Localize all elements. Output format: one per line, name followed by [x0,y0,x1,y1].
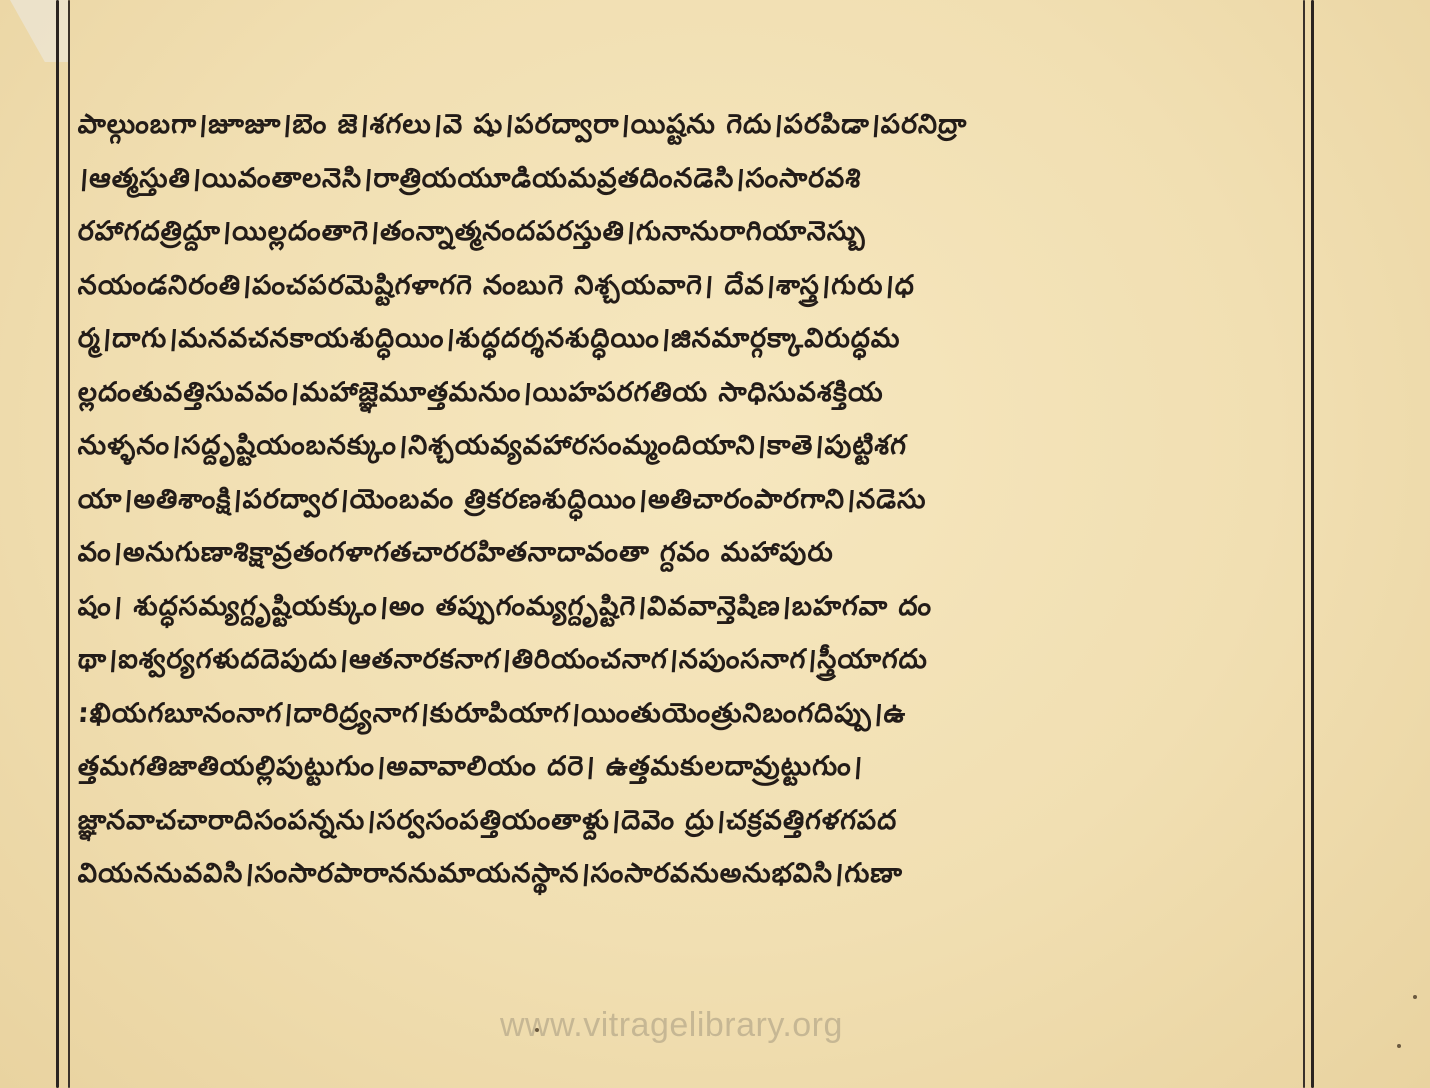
manuscript-line: రహాగదత్రిద్దూ।యిల్లదంతాగె।తంన్నాత్మనందపర… [76,205,1308,259]
library-watermark: www.vitragelibrary.org [500,1006,843,1045]
left-margin-rule-inner [68,0,70,1088]
manuscript-line: జ్ఞానవాచచారాదిసంపన్నను।సర్వసంపత్తియంతాళ్… [76,794,1308,848]
manuscript-line: నయండనిరంతి।పంచపరమెష్టిగళాగగె నంబుగె నిశ్… [76,259,1308,313]
manuscript-line: వియననువవిసి।సంసారపారాననుమాయనస్థాన।సంసారవ… [76,847,1308,901]
manuscript-line: ।ఆత్మస్తుతి।యివంతాలనెసి।రాత్రియయూడియమవ్ర… [76,152,1308,206]
right-margin-rule-outer [1311,0,1314,1088]
left-margin-rule-outer [56,0,59,1088]
manuscript-line: వం।అనుగుణాశిక్షావ్రతంగళాగతచారరహితనాదావంత… [76,526,1308,580]
manuscript-line: ల్లదంతువత్తిసువవం।మహాజ్ఞెమూత్తమనుం।యిహపర… [76,366,1308,420]
manuscript-line: షం। శుద్ధసమ్యగ్దృష్టియక్కుం।అం తప్పుగంమ్… [76,580,1308,634]
manuscript-line: యా।అతిశాంక్షి।పరద్వార।యెంబవం త్రికరణశుద్… [76,473,1308,527]
manuscript-line: ర్మ।దాగు।మనవచనకాయశుద్ధియిం।శుద్ధదర్శనశుద… [76,312,1308,366]
manuscript-line: త్తమగతిజాతియల్లిపుట్టుగుం।అవావాలియం దరె।… [76,740,1308,794]
manuscript-line: పాల్గుంబగా।జూజూ।బెం జె।శగలు।వె షు।పరద్వా… [76,98,1308,152]
paper-speck [1397,1044,1401,1048]
paper-speck [1413,995,1417,999]
paper-speck [535,1028,539,1032]
manuscript-line: :ఖియగబూనంనాగ।దారిద్ర్యనాగ।కురూపియాగ।యింత… [76,687,1308,741]
manuscript-text: పాల్గుంబగా।జూజూ।బెం జె।శగలు।వె షు।పరద్వా… [78,98,1306,901]
paper-tab-strip [10,0,68,62]
manuscript-line: నుళ్ళనం।సద్దృష్టియంబనక్కుం।నిశ్చయవ్యవహార… [76,419,1308,473]
manuscript-line: థా।ఐశ్వర్యగళుదదెపుదు।ఆతనారకనాగ।తిరియంచనా… [76,633,1308,687]
